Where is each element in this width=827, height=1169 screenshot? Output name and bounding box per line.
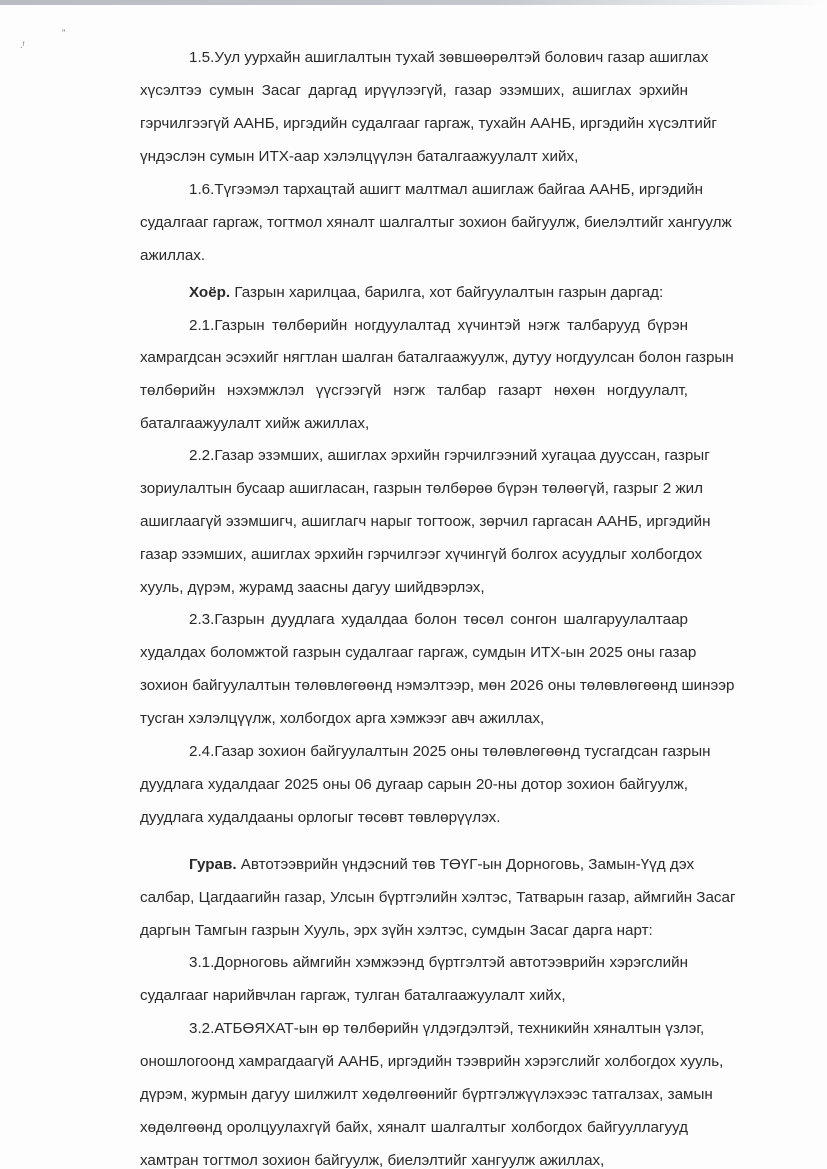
line-text: 1.5.Уул уурхайн ашиглалтын тухай зөвшөөр… (189, 49, 708, 66)
paragraph-line: 1.6.Түгээмэл тархацтай ашигт малтмал аши… (189, 180, 688, 200)
line-text: 3.2.АТБӨЯХАТ-ын өр төлбөрийн үлдэгдэлтэй… (189, 1020, 704, 1037)
paragraph-line: 2.1.Газрын төлбөрийн ногдуулалтад хүчинт… (189, 316, 688, 336)
paragraph-line: хамтран тогтмол зохион байгуулж, биелэлт… (140, 1151, 688, 1169)
paragraph-line: хууль, дүрэм, журамд заасны дагуу шийдвэ… (140, 578, 688, 598)
paragraph-line: хөдөлгөөнд оролцуулахгүй байх, хяналт ша… (140, 1118, 688, 1138)
paragraph-line: дүрэм, журмын дагуу шилжилт хөдөлгөөнийг… (140, 1085, 688, 1105)
paragraph-line: зохион байгуулалтын төлөвлөгөөнд нэмэлтэ… (140, 676, 688, 696)
line-text: ажиллах. (140, 247, 205, 264)
paragraph-line: ажиллах. (140, 246, 688, 266)
line-text: хамрагдсан эсэхийг нягтлан шалган баталг… (140, 349, 734, 366)
paragraph-line: 1.5.Уул уурхайн ашиглалтын тухай зөвшөөр… (189, 48, 688, 68)
paragraph-line: худалдах боломжтой газрын судалгааг гарг… (140, 643, 688, 663)
line-text: төлбөрийн нэхэмжлэл үүсгээгүй нэгж талба… (140, 382, 688, 399)
paragraph-line: салбар, Цагдаагийн газар, Улсын бүртгэли… (140, 888, 688, 908)
section-heading-line: Хоёр. Газрын харилцаа, барилга, хот байг… (189, 283, 688, 303)
line-text: Автотээврийн үндэсний төв ТӨҮГ-ын Дорног… (237, 856, 695, 873)
line-text: 2.1.Газрын төлбөрийн ногдуулалтад хүчинт… (189, 317, 688, 334)
paragraph-line: 3.2.АТБӨЯХАТ-ын өр төлбөрийн үлдэгдэлтэй… (189, 1019, 688, 1039)
line-text: Газрын харилцаа, барилга, хот байгуулалт… (230, 284, 663, 301)
section-number: Хоёр. (189, 284, 230, 301)
paragraph-line: баталгаажуулалт хийж ажиллах, (140, 414, 688, 434)
paragraph-line: тусган хэлэлцүүлж, холбогдох арга хэмжээ… (140, 709, 688, 729)
line-text: худалдах боломжтой газрын судалгааг гарг… (140, 644, 696, 661)
line-text: дүрэм, журмын дагуу шилжилт хөдөлгөөнийг… (140, 1086, 713, 1103)
paragraph-line: 2.3.Газрын дуудлага худалдаа болон төсөл… (189, 610, 688, 630)
line-text: салбар, Цагдаагийн газар, Улсын бүртгэли… (140, 889, 736, 906)
line-text: зохион байгуулалтын төлөвлөгөөнд нэмэлтэ… (140, 677, 734, 694)
line-text: 2.2.Газар эзэмших, ашиглах эрхийн гэрчил… (189, 447, 710, 464)
paragraph-line: 3.1.Дорноговь аймгийн хэмжээнд бүртгэлтэ… (189, 953, 688, 973)
line-text: хууль, дүрэм, журамд заасны дагуу шийдвэ… (140, 579, 485, 596)
paragraph-line: газар эзэмших, ашиглах эрхийн гэрчилгээг… (140, 545, 688, 565)
paragraph-line: төлбөрийн нэхэмжлэл үүсгээгүй нэгж талба… (140, 381, 688, 401)
line-text: 2.3.Газрын дуудлага худалдаа болон төсөл… (189, 611, 688, 628)
line-text: тусган хэлэлцүүлж, холбогдох арга хэмжээ… (140, 710, 544, 727)
line-text: 1.6.Түгээмэл тархацтай ашигт малтмал аши… (189, 181, 703, 198)
paragraph-line: 2.4.Газар зохион байгуулалтын 2025 оны т… (189, 742, 688, 762)
scan-edge-shadow (0, 0, 827, 5)
line-text: дуудлага худалдааг 2025 оны 06 дугаар са… (140, 776, 688, 793)
paragraph-line: даргын Тамгын газрын Хууль, эрх зүйн хэл… (140, 921, 688, 941)
line-text: оношлогоонд хамрагдаагүй ААНБ, иргэдийн … (140, 1053, 723, 1070)
paragraph-line: дуудлага худалдааг 2025 оны 06 дугаар са… (140, 775, 688, 795)
line-text: ашиглаагүй эзэмшигч, ашиглагч нарыг тогт… (140, 513, 710, 530)
paragraph-line: оношлогоонд хамрагдаагүй ААНБ, иргэдийн … (140, 1052, 688, 1072)
paragraph-line: ашиглаагүй эзэмшигч, ашиглагч нарыг тогт… (140, 512, 688, 532)
line-text: 3.1.Дорноговь аймгийн хэмжээнд бүртгэлтэ… (189, 954, 688, 971)
section-heading-line: Гурав. Автотээврийн үндэсний төв ТӨҮГ-ын… (189, 855, 688, 875)
line-text: баталгаажуулалт хийж ажиллах, (140, 415, 369, 432)
section-number: Гурав. (189, 856, 237, 873)
paragraph-line: 2.2.Газар эзэмших, ашиглах эрхийн гэрчил… (189, 446, 688, 466)
line-text: хүсэлтээ сумын Засаг даргад ирүүлээгүй, … (140, 82, 688, 99)
line-text: 2.4.Газар зохион байгуулалтын 2025 оны т… (189, 743, 711, 760)
line-text: зориулалтын бусаар ашигласан, газрын төл… (140, 480, 703, 497)
line-text: үндэслэн сумын ИТХ-аар хэлэлцүүлэн батал… (140, 148, 578, 165)
paragraph-line: зориулалтын бусаар ашигласан, газрын төл… (140, 479, 688, 499)
line-text: судалгааг нарийвчлан гаргаж, тулган бата… (140, 987, 566, 1004)
paragraph-line: судалгааг нарийвчлан гаргаж, тулган бата… (140, 986, 688, 1006)
line-text: хамтран тогтмол зохион байгуулж, биелэлт… (140, 1152, 604, 1169)
paragraph-line: гэрчилгээгүй ААНБ, иргэдийн судалгааг га… (140, 114, 688, 134)
scan-speck: '' (62, 28, 65, 38)
paragraph-line: хамрагдсан эсэхийг нягтлан шалган баталг… (140, 348, 688, 368)
scan-speck: .ᶠ (20, 40, 25, 50)
line-text: хөдөлгөөнд оролцуулахгүй байх, хяналт ша… (140, 1119, 688, 1136)
paragraph-line: үндэслэн сумын ИТХ-аар хэлэлцүүлэн батал… (140, 147, 688, 167)
line-text: газар эзэмших, ашиглах эрхийн гэрчилгээг… (140, 546, 702, 563)
paragraph-line: судалгааг гаргаж, тогтмол хяналт шалгалт… (140, 213, 688, 233)
paragraph-line: хүсэлтээ сумын Засаг даргад ирүүлээгүй, … (140, 81, 688, 101)
paragraph-line: дуудлага худалдааны орлогыг төсөвт төвлө… (140, 808, 688, 828)
line-text: дуудлага худалдааны орлогыг төсөвт төвлө… (140, 809, 500, 826)
line-text: судалгааг гаргаж, тогтмол хяналт шалгалт… (140, 214, 732, 231)
line-text: гэрчилгээгүй ААНБ, иргэдийн судалгааг га… (140, 115, 717, 132)
line-text: даргын Тамгын газрын Хууль, эрх зүйн хэл… (140, 922, 653, 939)
